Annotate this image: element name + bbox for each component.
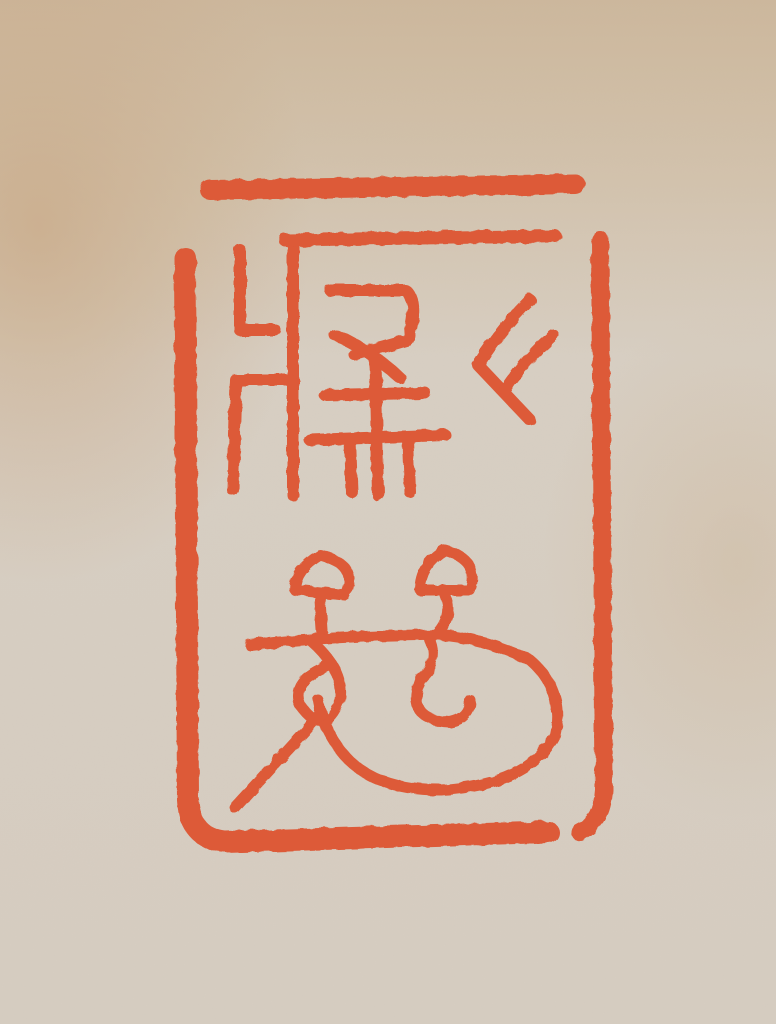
seal-photo: [0, 0, 776, 1024]
